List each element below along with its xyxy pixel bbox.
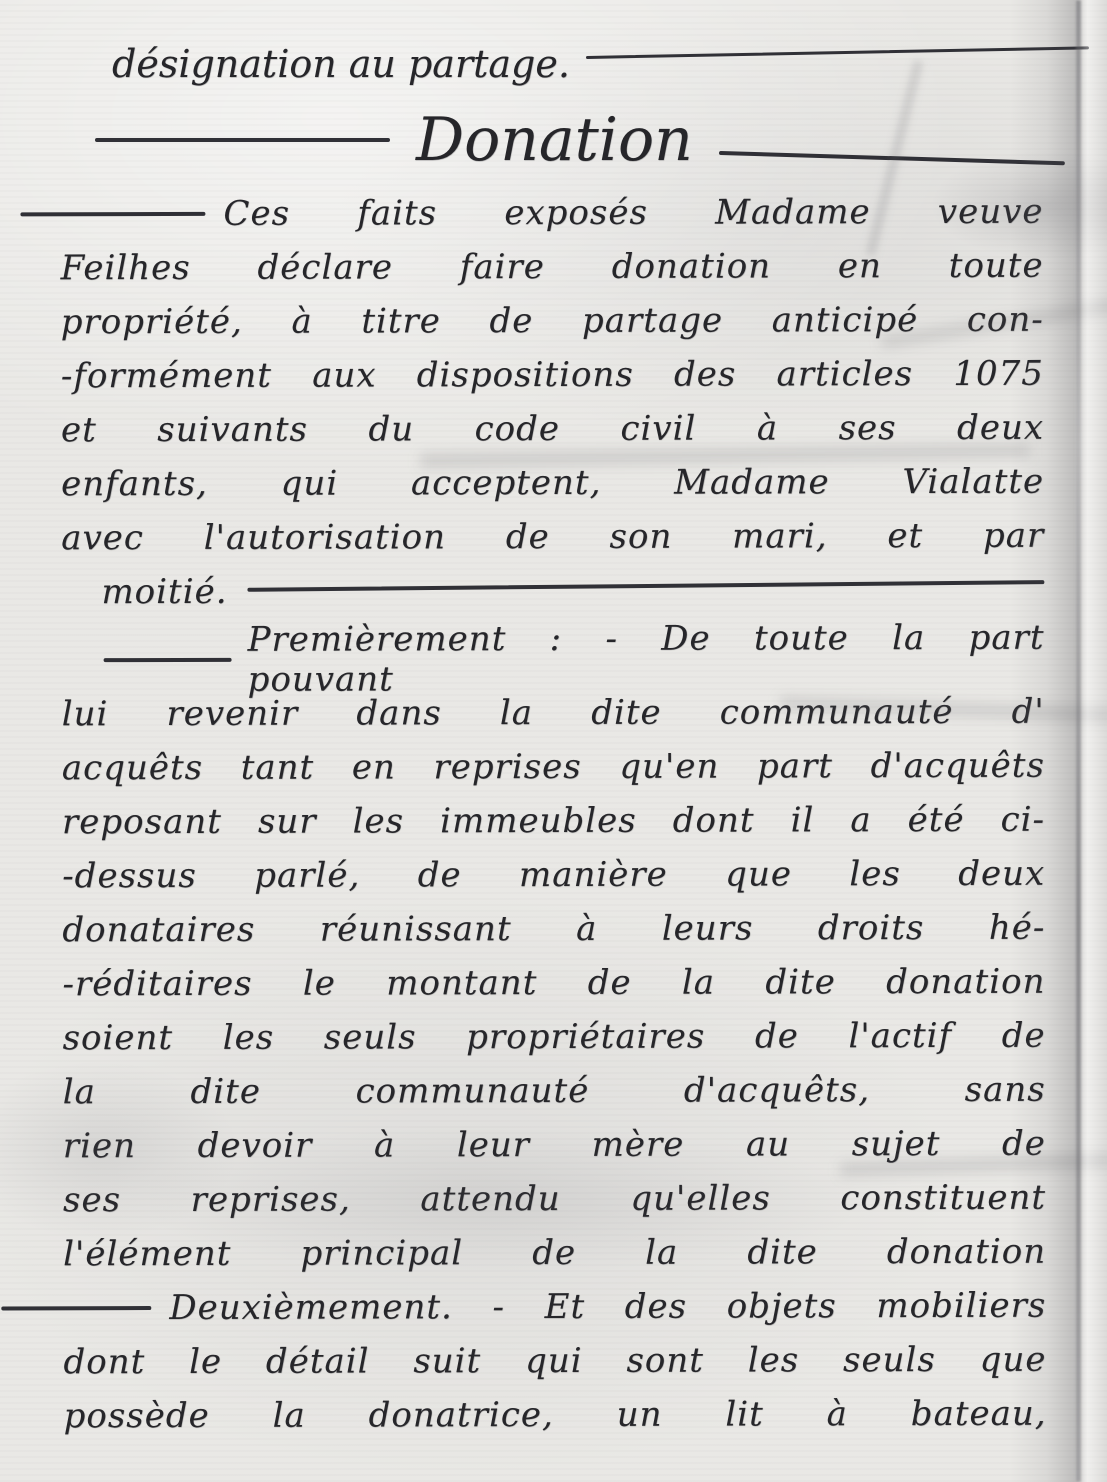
title-row: Donation	[95, 102, 1065, 178]
manuscript-line: -réditaires le montant de la dite donati…	[62, 955, 1045, 1012]
manuscript-line: l'élément principal de la dite donation	[63, 1225, 1046, 1282]
manuscript-line: -formément aux dispositions des articles…	[61, 347, 1044, 404]
manuscript-line-text: donataires réunissant à leurs droits hé-	[62, 908, 1045, 951]
manuscript-line-text: dont le détail suit qui sont les seuls q…	[63, 1340, 1046, 1383]
manuscript-line: reposant sur les immeubles dont il a été…	[62, 793, 1045, 850]
manuscript-line-text: -réditaires le montant de la dite donati…	[62, 962, 1045, 1005]
manuscript-line: -dessus parlé, de manière que les deux	[62, 847, 1045, 904]
manuscript-line: donataires réunissant à leurs droits hé-	[62, 901, 1045, 958]
ink-rule	[95, 138, 390, 142]
manuscript-line-text: possède la donatrice, un lit à bateau,	[64, 1394, 1047, 1437]
manuscript-line: Premièrement : - De toute la part pouvan…	[62, 631, 1045, 688]
manuscript-line-text: l'élément principal de la dite donation	[63, 1232, 1046, 1275]
manuscript-body: Ces faits exposés Madame veuve Feilhes d…	[60, 185, 1046, 1444]
manuscript-line: dont le détail suit qui sont les seuls q…	[63, 1333, 1046, 1390]
manuscript-line-text: -dessus parlé, de manière que les deux	[62, 854, 1045, 897]
page-title: Donation	[416, 105, 693, 175]
manuscript-line-text: Ces faits exposés Madame veuve	[223, 192, 1043, 234]
manuscript-line: avec l'autorisation de son mari, et par	[61, 509, 1044, 566]
manuscript-line-text: enfants, qui acceptent, Madame Vialatte	[61, 462, 1044, 505]
manuscript-line: Feilhes déclare faire donation en toute	[60, 239, 1043, 296]
manuscript-line: Deuxièmement. - Et des objets mobiliers	[63, 1279, 1046, 1336]
ink-rule	[247, 580, 1044, 592]
manuscript-line-text: moitié.	[101, 572, 247, 612]
manuscript-line: lui revenir dans la dite communauté d'	[62, 685, 1045, 742]
manuscript-line-text: Deuxièmement. - Et des objets mobiliers	[169, 1286, 1046, 1328]
ink-rule	[1, 1306, 151, 1310]
manuscript-line-text: rien devoir à leur mère au sujet de	[63, 1124, 1046, 1167]
manuscript-line: soient les seuls propriétaires de l'acti…	[63, 1009, 1046, 1066]
manuscript-line: enfants, qui acceptent, Madame Vialatte	[61, 455, 1044, 512]
manuscript-line: propriété, à titre de partage anticipé c…	[61, 293, 1044, 350]
ink-rule	[586, 46, 1089, 59]
manuscript-line-text: ses reprises, attendu qu'elles constitue…	[63, 1178, 1046, 1221]
margin-note-text: désignation au partage.	[112, 42, 586, 86]
manuscript-line-text: avec l'autorisation de son mari, et par	[61, 516, 1044, 559]
ink-rule	[104, 658, 232, 662]
manuscript-line: possède la donatrice, un lit à bateau,	[64, 1387, 1047, 1444]
manuscript-line-text: la dite communauté d'acquêts, sans	[63, 1070, 1046, 1113]
manuscript-page: désignation au partage. Donation Ces fai…	[0, 0, 1107, 1482]
manuscript-line: la dite communauté d'acquêts, sans	[63, 1063, 1046, 1120]
manuscript-line: moitié.	[61, 563, 1044, 620]
manuscript-line: Ces faits exposés Madame veuve	[60, 185, 1043, 242]
manuscript-line: rien devoir à leur mère au sujet de	[63, 1117, 1046, 1174]
margin-note-line: désignation au partage.	[112, 42, 1089, 86]
manuscript-line-text: acquêts tant en reprises qu'en part d'ac…	[62, 746, 1045, 789]
ink-rule	[20, 212, 205, 216]
manuscript-line-text: Feilhes déclare faire donation en toute	[61, 246, 1044, 289]
manuscript-line: acquêts tant en reprises qu'en part d'ac…	[62, 739, 1045, 796]
manuscript-line-text: soient les seuls propriétaires de l'acti…	[63, 1016, 1046, 1059]
manuscript-line: et suivants du code civil à ses deux	[61, 401, 1044, 458]
manuscript-line-text: reposant sur les immeubles dont il a été…	[62, 800, 1045, 843]
paper-fold-line	[1076, 0, 1081, 1482]
manuscript-line-text: propriété, à titre de partage anticipé c…	[61, 300, 1044, 343]
manuscript-line-text: -formément aux dispositions des articles…	[61, 354, 1044, 397]
manuscript-line-text: et suivants du code civil à ses deux	[61, 408, 1044, 451]
manuscript-line: ses reprises, attendu qu'elles constitue…	[63, 1171, 1046, 1228]
ink-rule	[719, 151, 1065, 165]
manuscript-line-text: lui revenir dans la dite communauté d'	[62, 692, 1045, 735]
